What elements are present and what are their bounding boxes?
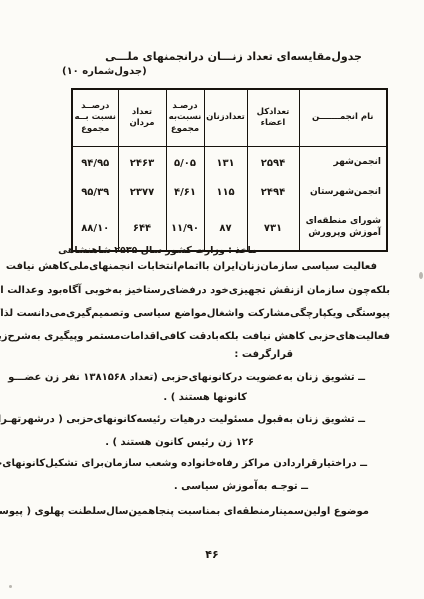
column-header-women-percent: درصـد نسبت‌به مجموع xyxy=(166,89,204,147)
closing-line: موضوع اولین‌سمینارمنطقه‌ای بمناسبت پنجاه… xyxy=(0,506,369,517)
bullet-item: ــ دراختیارقراردادن مراکز رفاه‌خانواده و… xyxy=(0,458,367,469)
table-row: انجمن‌شهرستان ۲۴۹۴ ۱۱۵ ۴/۶۱ ۲۳۷۷ ۹۵/۳۹ xyxy=(72,179,387,206)
cell-women-percent: ۵/۰۵ xyxy=(166,147,204,180)
cell-total-members: ۲۴۹۴ xyxy=(247,179,299,206)
cell-women-count: ۱۱۵ xyxy=(204,179,247,206)
column-header-association-name: نام انجمـــــــن xyxy=(299,89,387,147)
cell-men-percent: ۹۵/۳۹ xyxy=(72,179,118,206)
cell-men-percent: ۹۴/۹۵ xyxy=(72,147,118,180)
table-row: انجمن‌شهر ۲۵۹۴ ۱۳۱ ۵/۰۵ ۲۴۶۳ ۹۴/۹۵ xyxy=(72,147,387,180)
source-note: ماخذ : وزارت کشور سال ۲۵۳۵ شاهنشاهی xyxy=(43,245,257,256)
body-line: بلکه‌چون سازمان ازنقش تجهیزی‌خود درفضای‌… xyxy=(0,285,390,296)
bullet-item-continuation: ۱۲۶ زن رئیس کانون هستند ) . xyxy=(105,437,254,448)
body-line: قرارگرفت : xyxy=(234,349,293,360)
cell-association-name: انجمن‌شهر xyxy=(299,147,387,180)
table-header-row: نام انجمـــــــن تعدادکل اعضاء تعدادزنان… xyxy=(72,89,387,147)
column-header-men-percent: درصــد نسبت بــه مجموع xyxy=(72,89,118,147)
table-subtitle: (جدول‌شماره ۱۰) xyxy=(62,66,147,77)
bullet-item: ــ تشویق زنان به‌عضویت درکانونهای‌حزبی (… xyxy=(8,372,365,383)
cell-association-name: انجمن‌شهرستان xyxy=(299,179,387,206)
body-line: پیوستگی ویکپارچگی‌مشارکت واشغال‌مواضع سی… xyxy=(0,308,390,319)
cell-women-count: ۱۳۱ xyxy=(204,147,247,180)
page-number: ۴۶ xyxy=(0,548,424,561)
cell-men-count: ۲۳۷۷ xyxy=(118,179,166,206)
cell-women-percent: ۴/۶۱ xyxy=(166,179,204,206)
document-page: جدول‌مقایسه‌ای تعداد زنـــان درانجمنهای … xyxy=(0,0,424,599)
stats-table: نام انجمـــــــن تعدادکل اعضاء تعدادزنان… xyxy=(71,88,388,252)
scan-artifact xyxy=(419,272,423,279)
cell-association-name: شورای منطقه‌ای آموزش وپرورش xyxy=(299,206,387,251)
cell-total-members: ۲۵۹۴ xyxy=(247,147,299,180)
body-line: فعالیت سیاسی سازمان‌زنان‌ایران بااتمام‌ا… xyxy=(6,261,377,272)
body-line: فعالیت‌های‌حزبی کاهش نیافت بلکه‌بادقت کا… xyxy=(0,331,390,342)
column-header-women-count: تعدادزنان xyxy=(204,89,247,147)
bullet-item-continuation: کانونها هستند ) . xyxy=(163,392,247,403)
column-header-total-members: تعدادکل اعضاء xyxy=(247,89,299,147)
table-title: جدول‌مقایسه‌ای تعداد زنـــان درانجمنهای … xyxy=(105,50,362,63)
scan-artifact xyxy=(9,585,12,588)
column-header-men-count: تعداد مردان xyxy=(118,89,166,147)
bullet-item: ــ تشویق زنان به‌قبول مسئولیت درهیات رئی… xyxy=(0,414,365,425)
cell-men-count: ۲۴۶۳ xyxy=(118,147,166,180)
bullet-item: ــ توجـه به‌آموزش سیاسی . xyxy=(174,481,308,492)
